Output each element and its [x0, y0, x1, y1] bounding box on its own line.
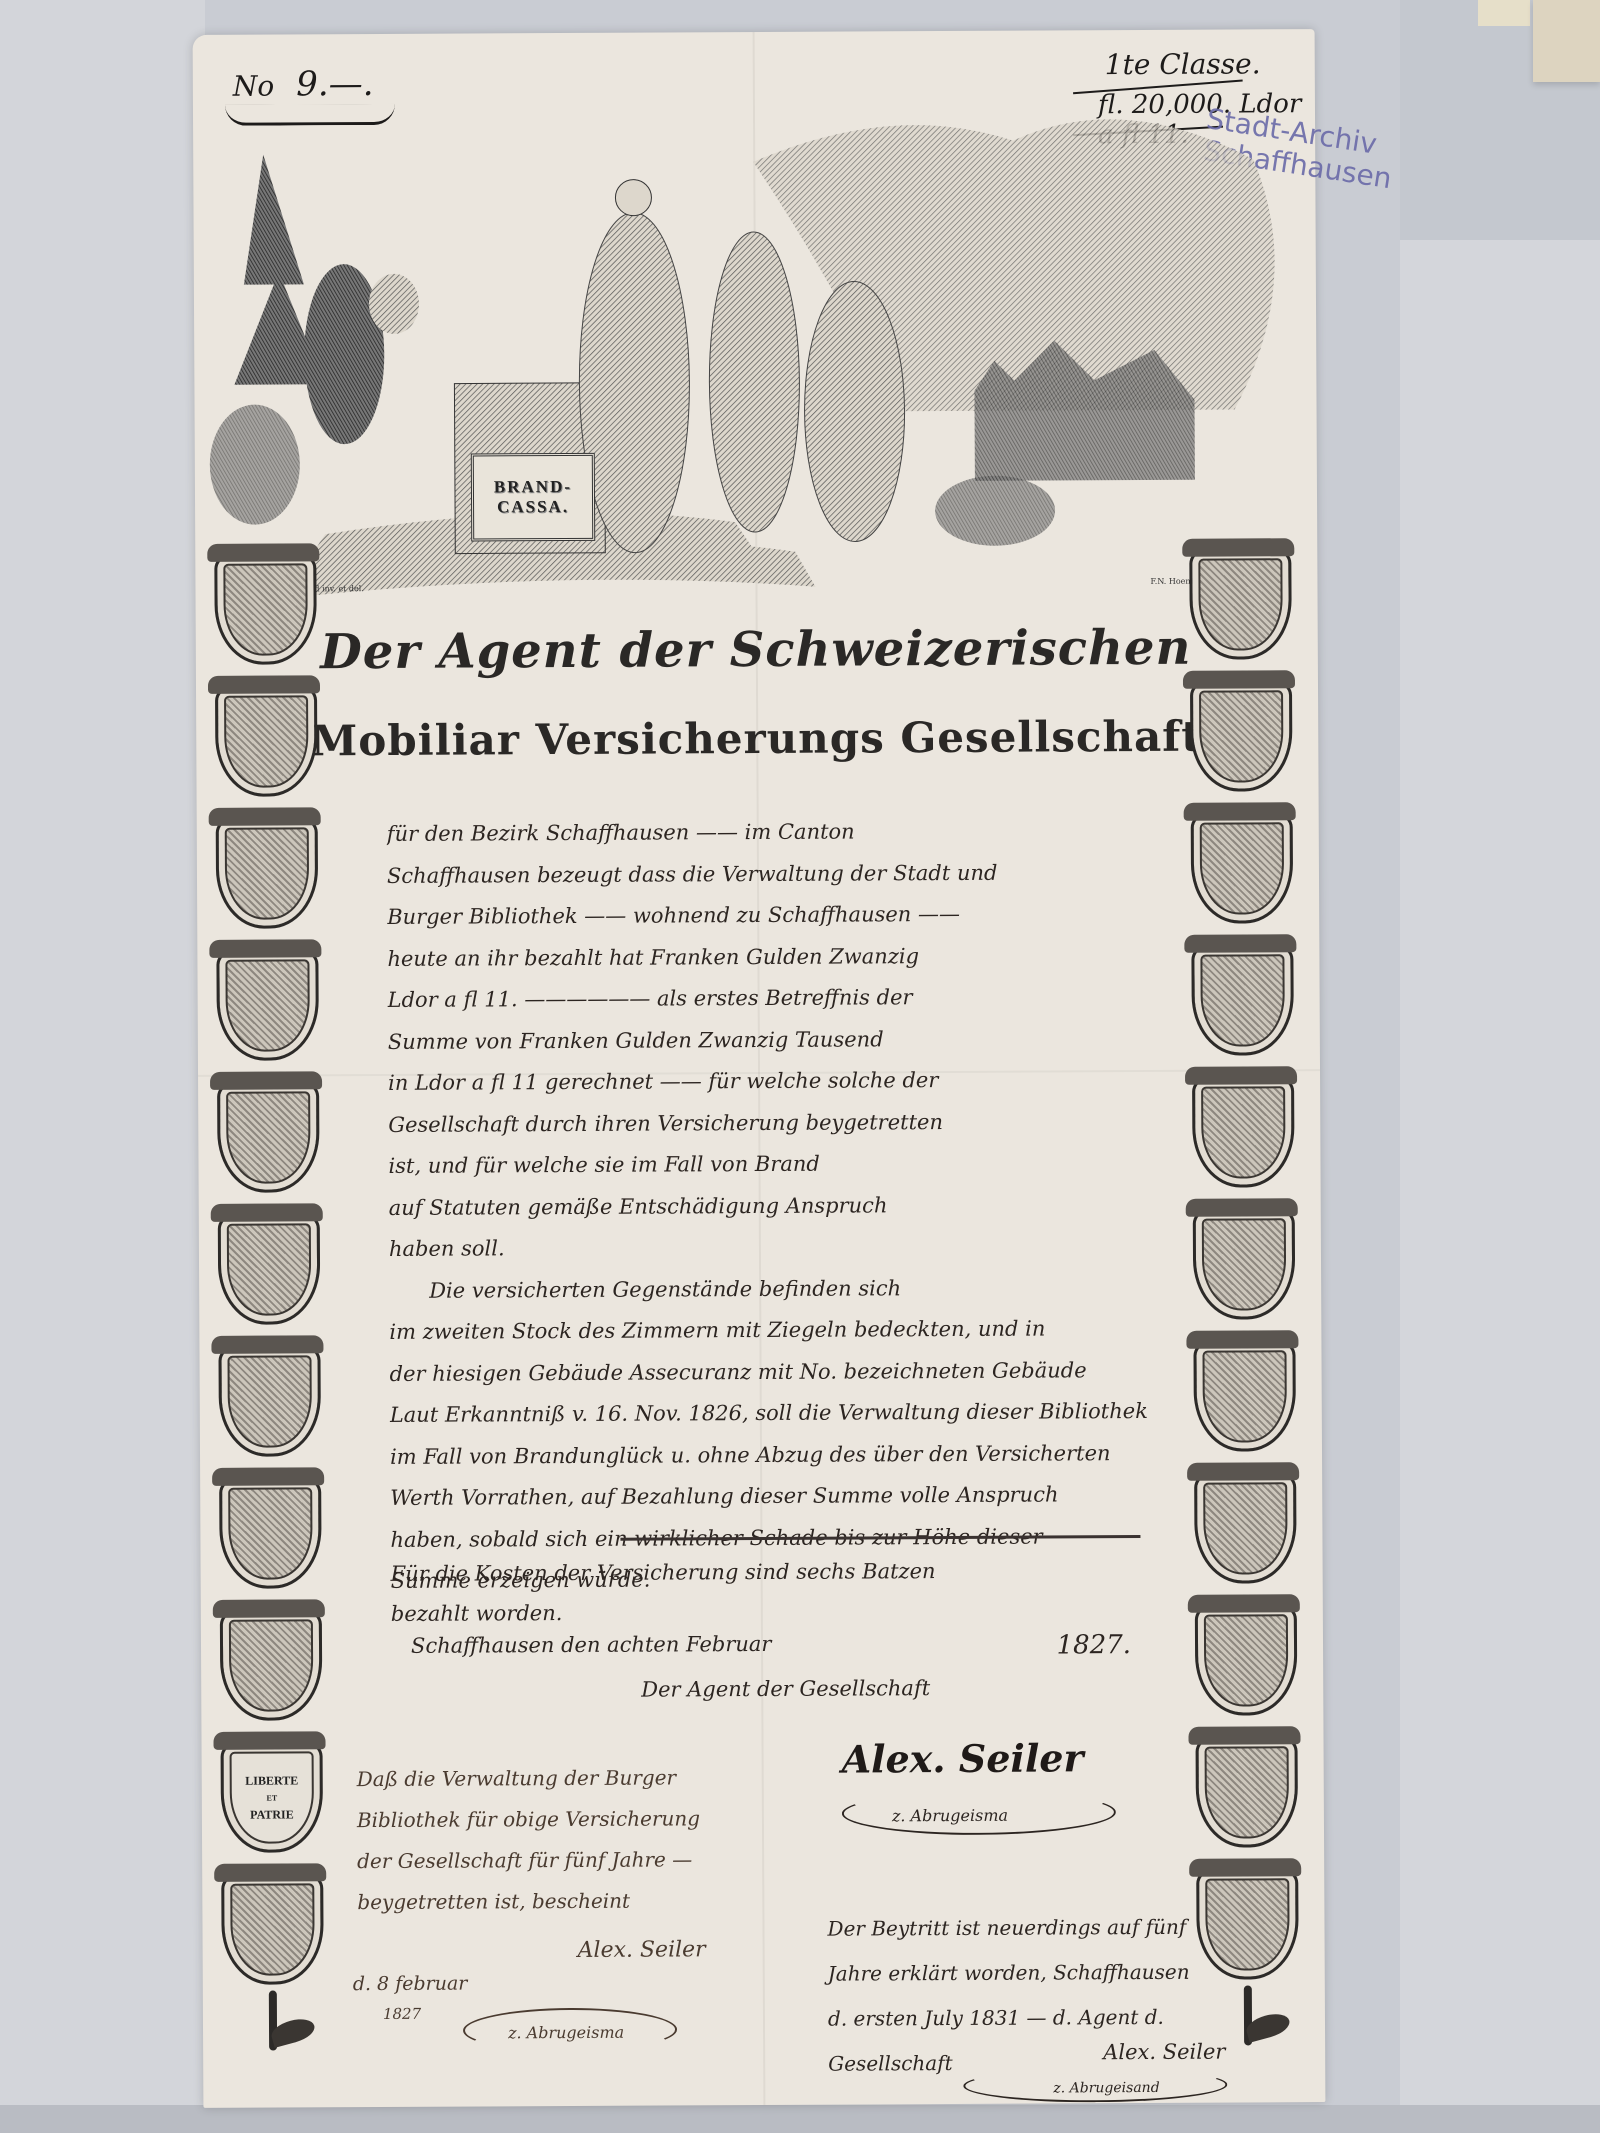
canton-shield-icon [219, 1478, 322, 1589]
stray-paper [1533, 0, 1600, 82]
body-line: für den Bezirk Schaffhausen —— im Canton [387, 810, 1147, 855]
confirmation-line: beygetretten ist, bescheint [357, 1880, 777, 1923]
membership-confirmation: Daß die Verwaltung der Burger Bibliothek… [357, 1757, 778, 1923]
canton-shield-icon [1196, 1737, 1299, 1848]
canton-shield-icon [1195, 1605, 1298, 1716]
canton-shield-icon [1189, 549, 1292, 660]
canton-shields-left: LIBERTE ET PATRIE [205, 554, 333, 2043]
cost-line: bezahlt worden. [391, 1590, 1151, 1634]
body-line: Gesellschaft durch ihren Versicherung be… [388, 1100, 1148, 1145]
confirmation-date-day: d. 8 februar [353, 1969, 468, 2000]
canton-shield-icon [221, 1874, 324, 1985]
canton-shield-icon [1196, 1869, 1299, 1980]
body-line: im zweiten Stock des Zimmern mit Ziegeln… [389, 1308, 1149, 1353]
confirmation-signature: Alex. Seiler [578, 1937, 706, 1963]
body-line: Laut Erkanntniß v. 16. Nov. 1826, soll d… [390, 1391, 1150, 1436]
place-and-date: Schaffhausen den achten Februar 1827. [411, 1630, 1151, 1658]
background-left [0, 0, 205, 2133]
motto-line: LIBERTE [245, 1772, 298, 1789]
canton-shield-icon [1194, 1473, 1297, 1584]
background-bottom [0, 2105, 1600, 2133]
motto-line: ET [266, 1789, 277, 1806]
title-line-2: Mobiliar Versicherungs Gesellschaft [306, 712, 1206, 766]
plaque-line: CASSA. [497, 497, 569, 517]
canton-shield-icon [220, 1610, 323, 1721]
body-line: ist, und für welche sie im Fall von Bran… [388, 1142, 1148, 1187]
canton-shield-icon [216, 818, 319, 929]
engraving-illustration-icon [193, 79, 1318, 605]
allegorical-engraving: BRAND- CASSA. [193, 79, 1318, 605]
canton-shield-icon [1191, 945, 1294, 1056]
canton-shield-icon [1190, 681, 1293, 792]
canton-shield-icon [217, 1082, 320, 1193]
body-line: der hiesigen Gebäude Assecuranz mit No. … [389, 1349, 1149, 1394]
body-line: Die versicherten Gegenstände befinden si… [389, 1266, 1149, 1311]
motto-line: PATRIE [250, 1806, 294, 1823]
cost-line: Für die Kosten der Versicherung sind sec… [391, 1550, 1151, 1594]
background-right-lower [1400, 240, 1600, 2133]
confirmation-line: Daß die Verwaltung der Burger [357, 1757, 777, 1800]
body-line: auf Statuten gemäße Entschädigung Anspru… [389, 1183, 1149, 1228]
canton-shields-right [1180, 549, 1308, 2038]
canton-shield-icon [1193, 1209, 1296, 1320]
agent-signature: Alex. Seiler [841, 1735, 1083, 1781]
cost-statement: Für die Kosten der Versicherung sind sec… [391, 1550, 1151, 1634]
agent-line: Der Agent der Gesellschaft [641, 1676, 930, 1702]
place-text: Schaffhausen den achten Februar [411, 1632, 772, 1658]
certificate-body: für den Bezirk Schaffhausen —— im Canton… [387, 810, 1151, 1602]
confirmation-line: der Gesellschaft für fünf Jahre — [357, 1839, 777, 1882]
insurance-certificate: No9.—. 1te Classe. fl. 20,000. Ldor a fl… [193, 29, 1326, 2108]
agent-signature-sub: z. Abrugeisma [892, 1806, 1008, 1826]
confirmation-date: d. 8 februar 1827 [353, 1969, 468, 2030]
body-line: Summe von Franken Gulden Zwanzig Tausend [388, 1017, 1148, 1062]
canton-shield-icon [216, 950, 319, 1061]
title-line-1: Der Agent der Schweizerischen [306, 620, 1206, 681]
canton-shield-icon [218, 1214, 321, 1325]
plaque-line: BRAND- [494, 477, 572, 497]
brand-cassa-plaque: BRAND- CASSA. [471, 453, 595, 542]
year-text: 1827. [1057, 1630, 1132, 1660]
confirmation-date-year: 1827 [353, 1999, 468, 2030]
body-line: haben soll. [389, 1225, 1149, 1270]
body-line: Ldor a fl 11. —————— als erstes Betreffn… [388, 976, 1148, 1021]
class-label: 1te Classe. [1105, 47, 1261, 81]
canton-shield-icon [214, 554, 317, 665]
stray-paper [1478, 0, 1530, 26]
body-line: Werth Vorrathen, auf Bezahlung dieser Su… [390, 1474, 1150, 1519]
canton-shield-icon [1193, 1341, 1296, 1452]
canton-shield-icon [218, 1346, 321, 1457]
body-line: in Ldor a fl 11 gerechnet —— für welche … [388, 1059, 1148, 1104]
confirmation-line: Bibliothek für obige Versicherung [357, 1798, 777, 1841]
confirmation-signature-sub: z. Abrugeisma [508, 2023, 624, 2043]
body-line: heute an ihr bezahlt hat Franken Gulden … [387, 934, 1147, 979]
canton-shield-icon [215, 686, 318, 797]
renewal-signature: Alex. Seiler [1103, 2040, 1225, 2065]
body-line: Burger Bibliothek —— wohnend zu Schaffha… [387, 893, 1147, 938]
liberte-patrie-shield: LIBERTE ET PATRIE [221, 1742, 324, 1853]
renewal-signature-sub: z. Abrugeisand [1053, 2080, 1159, 2097]
canton-shield-icon [1192, 1077, 1295, 1188]
body-line: im Fall von Brandunglück u. ohne Abzug d… [390, 1432, 1150, 1477]
body-line: Schaffhausen bezeugt dass die Verwaltung… [387, 851, 1147, 896]
canton-shield-icon [1191, 813, 1294, 924]
